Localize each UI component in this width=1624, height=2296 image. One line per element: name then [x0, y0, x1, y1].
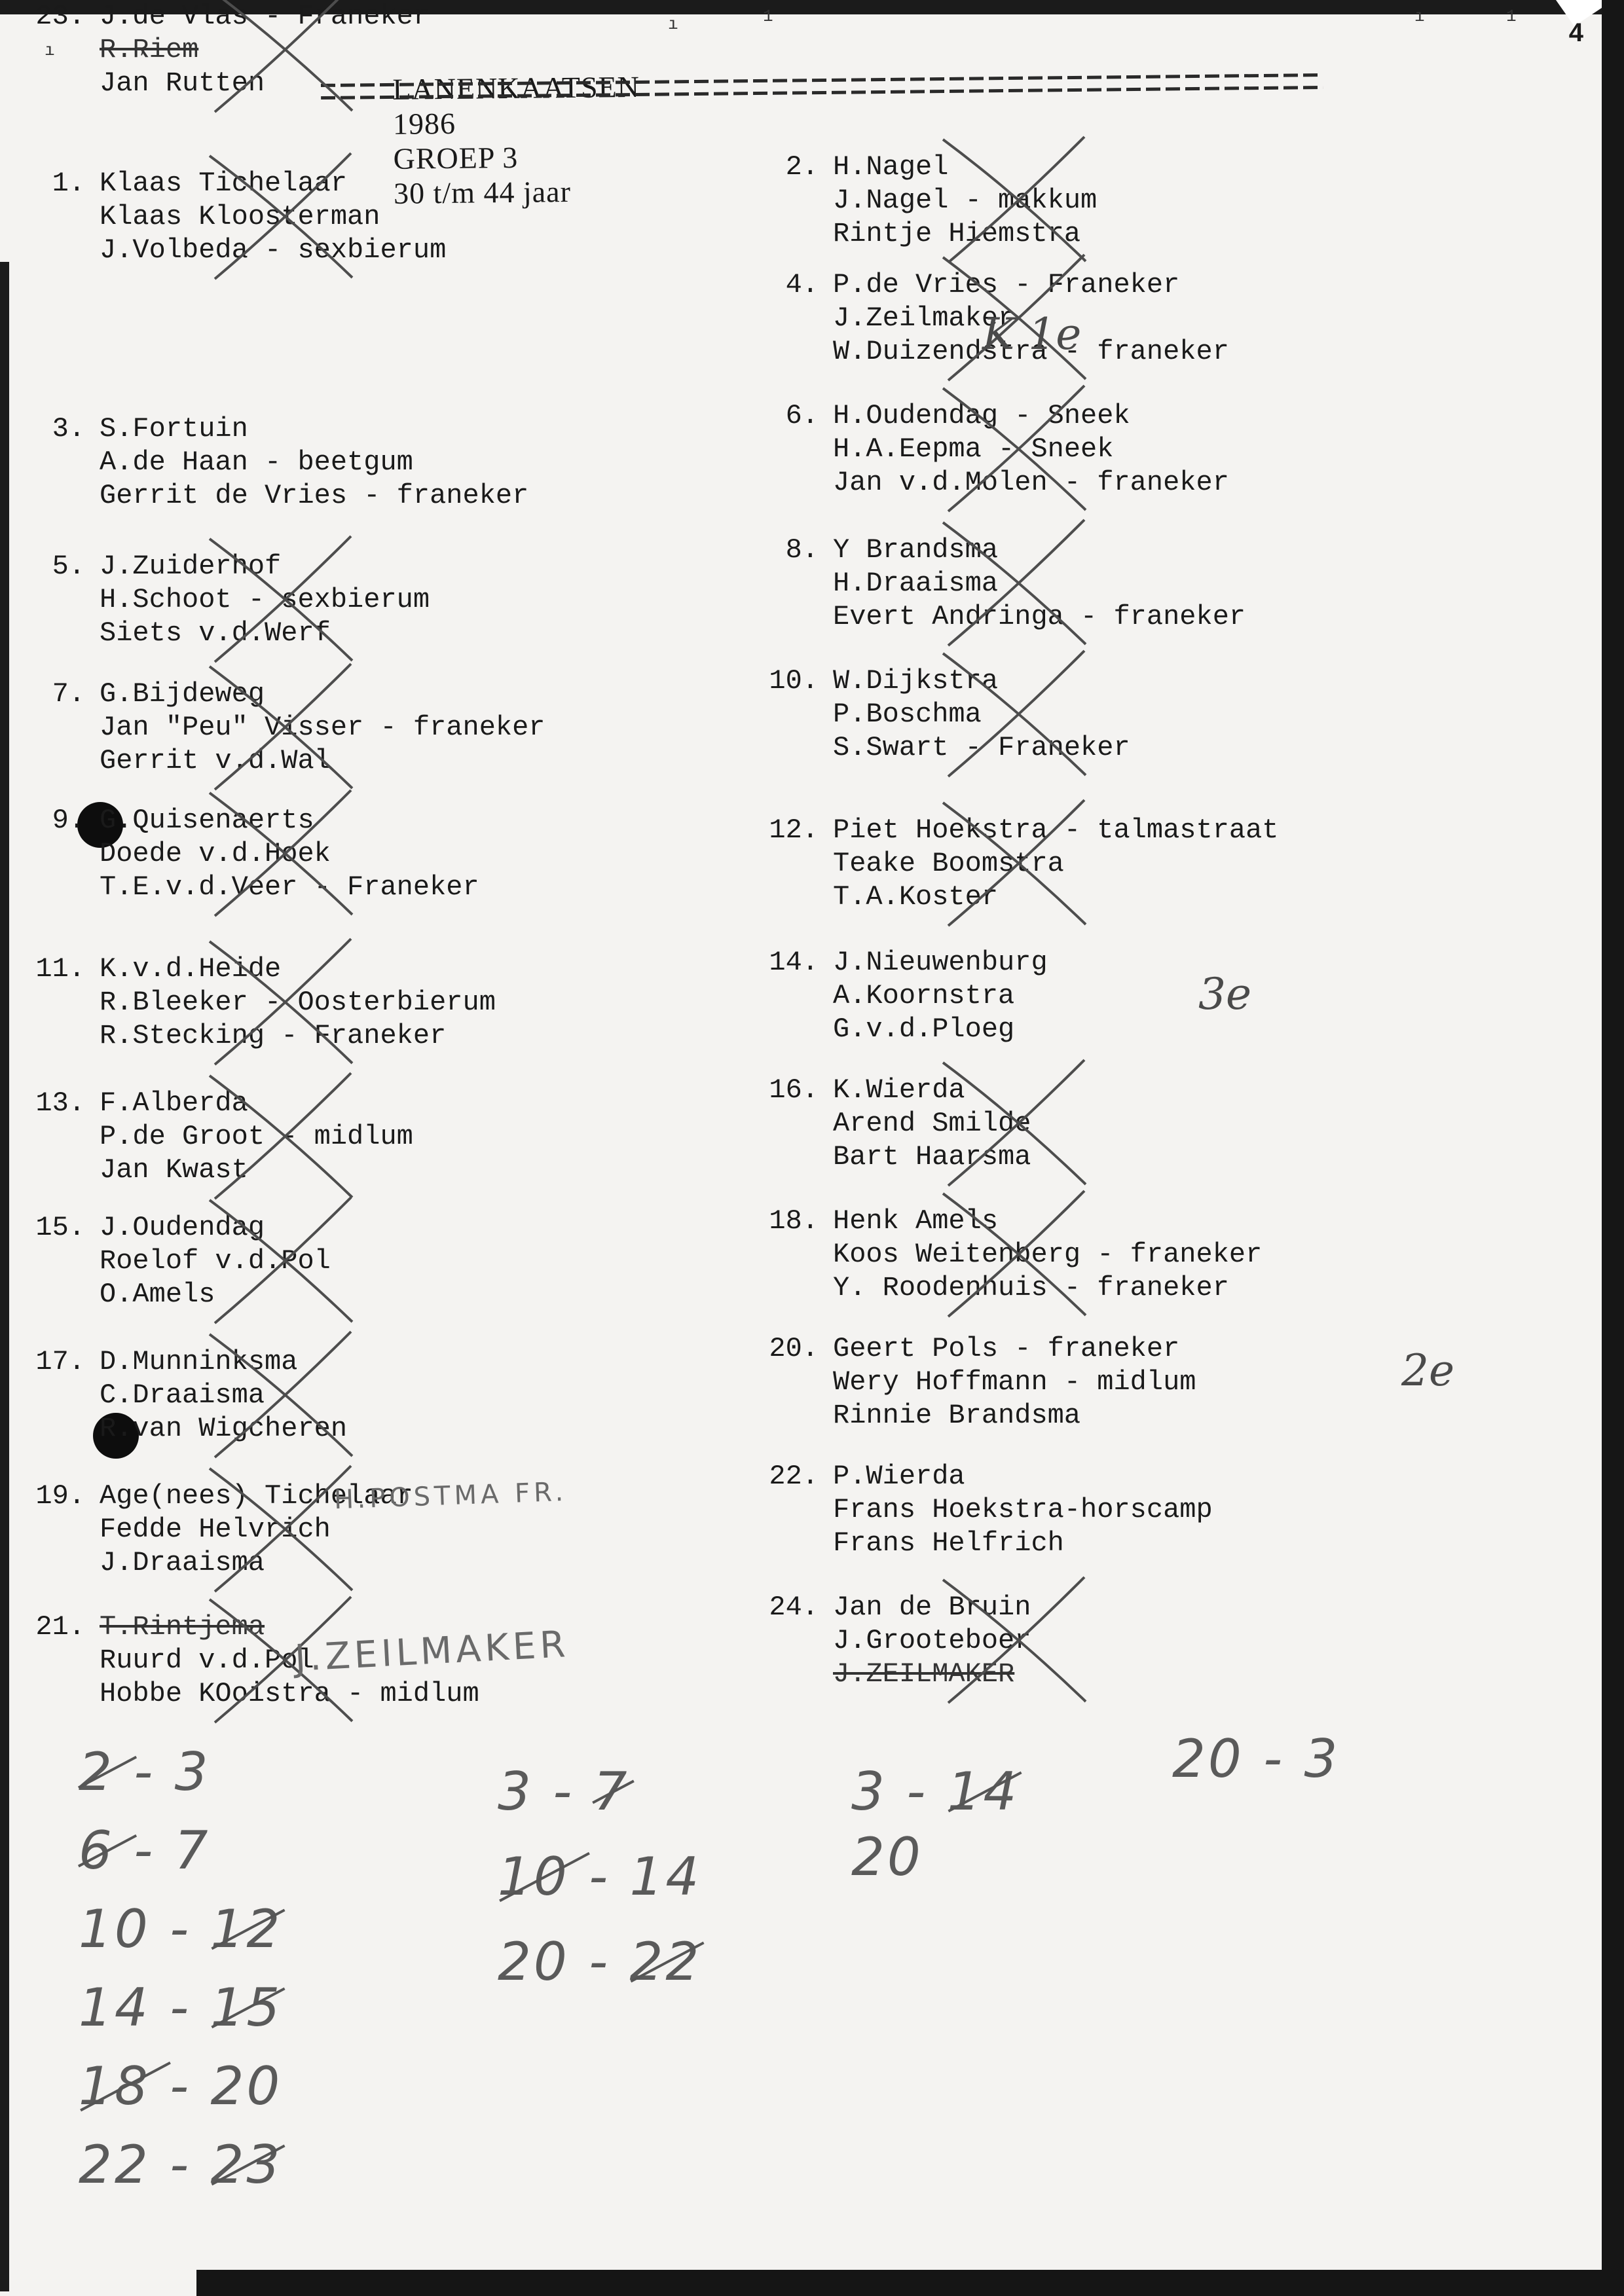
- handwritten-pairing: 10 - 14: [498, 1846, 701, 1907]
- team-member: Bart Haarsma: [833, 1140, 1031, 1174]
- team-entry: 20.Geert Pols - franekerWery Hoffmann - …: [760, 1332, 1513, 1437]
- team-entry: 13.F.AlberdaP.de Groot - midlumJan Kwast: [26, 1087, 779, 1192]
- team-members: H.NagelJ.Nagel - makkumRintje Hiemstra: [833, 151, 1097, 251]
- team-member: J.Zuiderhof: [100, 550, 430, 583]
- team-member: H.Schoot - sexbierum: [100, 583, 430, 617]
- team-member: G.Quisenaerts: [100, 804, 479, 837]
- team-member: J.Grooteboer: [833, 1624, 1031, 1658]
- team-number: 16.: [760, 1074, 819, 1107]
- team-members: J.NieuwenburgA.KoornstraG.v.d.Ploeg: [833, 946, 1048, 1046]
- team-member: Gerrit v.d.Wal: [100, 744, 545, 778]
- team-members: G.QuisenaertsDoede v.d.HoekT.E.v.d.Veer …: [100, 804, 479, 904]
- team-member: Y Brandsma: [833, 534, 1246, 567]
- team-member: Henk Amels: [833, 1205, 1262, 1238]
- team-member: Doede v.d.Hoek: [100, 837, 479, 871]
- team-member: O.Amels: [100, 1278, 331, 1311]
- scan-border-bottom: [196, 2270, 1624, 2296]
- team-entry: 22.P.WierdaFrans Hoekstra-horscampFrans …: [760, 1460, 1513, 1565]
- team-number: 22.: [760, 1460, 819, 1493]
- team-number: 24.: [760, 1591, 819, 1624]
- team-member: A.de Haan - beetgum: [100, 446, 528, 479]
- team-entry: 17.D.MunninksmaC.DraaismaR.van Wigcheren: [26, 1345, 779, 1450]
- team-entry: 24.Jan de BruinJ.GrooteboerJ.ZEILMAKER: [760, 1591, 1513, 1696]
- team-entry: 3.S.FortuinA.de Haan - beetgumGerrit de …: [26, 412, 779, 517]
- team-entry: 4.P.de Vries - FranekerJ.ZeilmakerW.Duiz…: [760, 268, 1513, 373]
- team-members: Geert Pols - franekerWery Hoffmann - mid…: [833, 1332, 1196, 1432]
- team-number: 19.: [26, 1480, 85, 1513]
- team-number: 20.: [760, 1332, 819, 1366]
- handwritten-pairing: 3 - 7: [498, 1761, 630, 1822]
- team-number: 5.: [26, 550, 85, 583]
- team-entry: 7.G.BijdewegJan "Peu" Visser - franekerG…: [26, 678, 779, 782]
- team-member: Evert Andringa - franeker: [833, 600, 1246, 634]
- team-member: Rinnie Brandsma: [833, 1399, 1196, 1432]
- team-number: 2.: [760, 151, 819, 184]
- team-member: Geert Pols - franeker: [833, 1332, 1196, 1366]
- handwritten-pairing: 18 - 20: [79, 2056, 282, 2117]
- team-entry: 11.K.v.d.HeideR.Bleeker - OosterbierumR.…: [26, 953, 779, 1057]
- team-entry: 15.J.OudendagRoelof v.d.PolO.Amels: [26, 1211, 779, 1316]
- team-members: J.ZuiderhofH.Schoot - sexbierumSiets v.d…: [100, 550, 430, 650]
- team-entry: 23.J.de Vlas - FranekerR.RiemJan Rutten: [26, 0, 779, 105]
- team-member: P.Wierda: [833, 1460, 1213, 1493]
- team-member: Y. Roodenhuis - franeker: [833, 1271, 1262, 1305]
- team-member: F.Alberda: [100, 1087, 413, 1120]
- team-members: W.DijkstraP.BoschmaS.Swart - Franeker: [833, 665, 1130, 765]
- team-number: 11.: [26, 953, 85, 986]
- team-member: Arend Smilde: [833, 1107, 1031, 1140]
- team-entry: 1.Klaas TichelaarKlaas KloostermanJ.Volb…: [26, 167, 779, 272]
- team-member: Jan "Peu" Visser - franeker: [100, 711, 545, 744]
- handwritten-pairing: 14 - 15: [79, 1977, 282, 2038]
- team-number: 21.: [26, 1611, 85, 1644]
- team-entry: 9.G.QuisenaertsDoede v.d.HoekT.E.v.d.Vee…: [26, 804, 779, 909]
- team-member: Hobbe KOoistra - midlum: [100, 1677, 479, 1711]
- team-members: H.Oudendag - SneekH.A.Eepma - SneekJan v…: [833, 399, 1229, 500]
- team-member: Jan Rutten: [100, 67, 430, 100]
- team-member: J.Volbeda - sexbierum: [100, 234, 446, 267]
- team-member: J.de Vlas - Franeker: [100, 0, 430, 33]
- team-member: G.v.d.Ploeg: [833, 1013, 1048, 1046]
- team-member: S.Swart - Franeker: [833, 731, 1130, 765]
- handwritten-pairing: 20: [851, 1827, 923, 1887]
- title-year: 1986: [393, 107, 456, 141]
- team-member: Fedde Helvrich: [100, 1513, 413, 1546]
- team-member: Teake Boomstra: [833, 847, 1279, 881]
- annotation-team-3: K 1e: [982, 309, 1081, 359]
- team-member: Wery Hoffmann - midlum: [833, 1366, 1196, 1399]
- team-entry: 14.J.NieuwenburgA.KoornstraG.v.d.Ploeg: [760, 946, 1513, 1051]
- team-member: C.Draaisma: [100, 1379, 347, 1412]
- team-member: R.Bleeker - Oosterbierum: [100, 986, 496, 1019]
- team-member: Jan Kwast: [100, 1154, 413, 1187]
- team-members: S.FortuinA.de Haan - beetgumGerrit de Vr…: [100, 412, 528, 513]
- handwritten-pairing: 22 - 23: [79, 2134, 282, 2195]
- team-member: J.ZEILMAKER: [833, 1658, 1031, 1691]
- team-members: Henk AmelsKoos Weitenberg - franekerY. R…: [833, 1205, 1262, 1305]
- annotation-team-14: 3e: [1198, 969, 1251, 1019]
- team-entry: 12.Piet Hoekstra - talmastraatTeake Boom…: [760, 814, 1513, 919]
- team-entry: 2.H.NagelJ.Nagel - makkumRintje Hiemstra: [760, 151, 1513, 255]
- team-member: A.Koornstra: [833, 979, 1048, 1013]
- team-members: Klaas TichelaarKlaas KloostermanJ.Volbed…: [100, 167, 446, 267]
- team-members: G.BijdewegJan "Peu" Visser - franekerGer…: [100, 678, 545, 778]
- team-member: Klaas Tichelaar: [100, 167, 446, 200]
- team-members: K.v.d.HeideR.Bleeker - OosterbierumR.Ste…: [100, 953, 496, 1053]
- team-member: R.Riem: [100, 33, 430, 67]
- team-number: 13.: [26, 1087, 85, 1120]
- team-members: Piet Hoekstra - talmastraatTeake Boomstr…: [833, 814, 1279, 914]
- team-number: 1.: [26, 167, 85, 200]
- team-member: P.de Vries - Franeker: [833, 268, 1229, 302]
- scan-border-left: [0, 262, 9, 2291]
- team-member: H.Nagel: [833, 151, 1097, 184]
- team-member: Roelof v.d.Pol: [100, 1245, 331, 1278]
- team-member: Rintje Hiemstra: [833, 217, 1097, 251]
- team-entry: 5.J.ZuiderhofH.Schoot - sexbierumSiets v…: [26, 550, 779, 655]
- team-member: Frans Hoekstra-horscamp: [833, 1493, 1213, 1527]
- team-member: K.v.d.Heide: [100, 953, 496, 986]
- ink-speck: 1: [1506, 7, 1517, 26]
- team-member: R.van Wigcheren: [100, 1412, 347, 1446]
- team-member: W.Dijkstra: [833, 665, 1130, 698]
- team-member: H.Oudendag - Sneek: [833, 399, 1229, 433]
- team-number: 14.: [760, 946, 819, 979]
- team-member: J.Oudendag: [100, 1211, 331, 1245]
- team-entry: 18.Henk AmelsKoos Weitenberg - franekerY…: [760, 1205, 1513, 1309]
- team-number: 18.: [760, 1205, 819, 1238]
- team-members: J.de Vlas - FranekerR.RiemJan Rutten: [100, 0, 430, 100]
- team-member: R.Stecking - Franeker: [100, 1019, 496, 1053]
- team-number: 8.: [760, 534, 819, 567]
- team-number: 4.: [760, 268, 819, 302]
- team-number: 15.: [26, 1211, 85, 1245]
- team-member: T.E.v.d.Veer - Franeker: [100, 871, 479, 904]
- team-member: H.A.Eepma - Sneek: [833, 433, 1229, 466]
- team-member: J.Nagel - makkum: [833, 184, 1097, 217]
- team-entry: 8.Y BrandsmaH.DraaismaEvert Andringa - f…: [760, 534, 1513, 638]
- team-member: Gerrit de Vries - franeker: [100, 479, 528, 513]
- team-member: H.Draaisma: [833, 567, 1246, 600]
- team-member: Jan de Bruin: [833, 1591, 1031, 1624]
- handwritten-pairing: 3 - 14: [851, 1761, 1019, 1822]
- ink-speck: ı: [1414, 7, 1425, 26]
- team-members: Y BrandsmaH.DraaismaEvert Andringa - fra…: [833, 534, 1246, 634]
- page-number: 4: [1569, 18, 1583, 48]
- team-members: P.WierdaFrans Hoekstra-horscampFrans Hel…: [833, 1460, 1213, 1560]
- team-entry: 16.K.WierdaArend SmildeBart Haarsma: [760, 1074, 1513, 1178]
- team-members: F.AlberdaP.de Groot - midlumJan Kwast: [100, 1087, 413, 1187]
- team-entry: 6.H.Oudendag - SneekH.A.Eepma - SneekJan…: [760, 399, 1513, 504]
- handwritten-pairing: 20 - 3: [1172, 1728, 1340, 1789]
- handwritten-pairing: 10 - 12: [79, 1899, 282, 1959]
- handwritten-pairing: 20 - 22: [498, 1931, 701, 1992]
- team-member: Jan v.d.Molen - franeker: [833, 466, 1229, 500]
- team-member: P.Boschma: [833, 698, 1130, 731]
- team-member: D.Munninksma: [100, 1345, 347, 1379]
- handwritten-pairing: 6 - 7: [79, 1820, 211, 1881]
- team-members: Jan de BruinJ.GrooteboerJ.ZEILMAKER: [833, 1591, 1031, 1691]
- handwritten-pairing: 2 - 3: [79, 1741, 211, 1802]
- team-member: Piet Hoekstra - talmastraat: [833, 814, 1279, 847]
- team-number: 12.: [760, 814, 819, 847]
- team-members: J.OudendagRoelof v.d.PolO.Amels: [100, 1211, 331, 1311]
- team-member: T.A.Koster: [833, 881, 1279, 914]
- team-number: 3.: [26, 412, 85, 446]
- team-number: 9.: [26, 804, 85, 837]
- team-number: 17.: [26, 1345, 85, 1379]
- team-entry: 10.W.DijkstraP.BoschmaS.Swart - Franeker: [760, 665, 1513, 769]
- annotation-team-20: 2e: [1401, 1345, 1454, 1396]
- team-member: G.Bijdeweg: [100, 678, 545, 711]
- team-members: D.MunninksmaC.DraaismaR.van Wigcheren: [100, 1345, 347, 1446]
- team-member: Frans Helfrich: [833, 1527, 1213, 1560]
- team-number: 6.: [760, 399, 819, 433]
- scan-border-right: [1602, 0, 1624, 2296]
- team-number: 7.: [26, 678, 85, 711]
- team-member: S.Fortuin: [100, 412, 528, 446]
- team-member: J.Draaisma: [100, 1546, 413, 1580]
- team-member: Siets v.d.Werf: [100, 617, 430, 650]
- team-member: K.Wierda: [833, 1074, 1031, 1107]
- team-number: 10.: [760, 665, 819, 698]
- team-number: 23.: [26, 0, 85, 33]
- team-member: Klaas Kloosterman: [100, 200, 446, 234]
- team-members: K.WierdaArend SmildeBart Haarsma: [833, 1074, 1031, 1174]
- team-member: Koos Weitenberg - franeker: [833, 1238, 1262, 1271]
- team-member: J.Nieuwenburg: [833, 946, 1048, 979]
- team-member: P.de Groot - midlum: [100, 1120, 413, 1154]
